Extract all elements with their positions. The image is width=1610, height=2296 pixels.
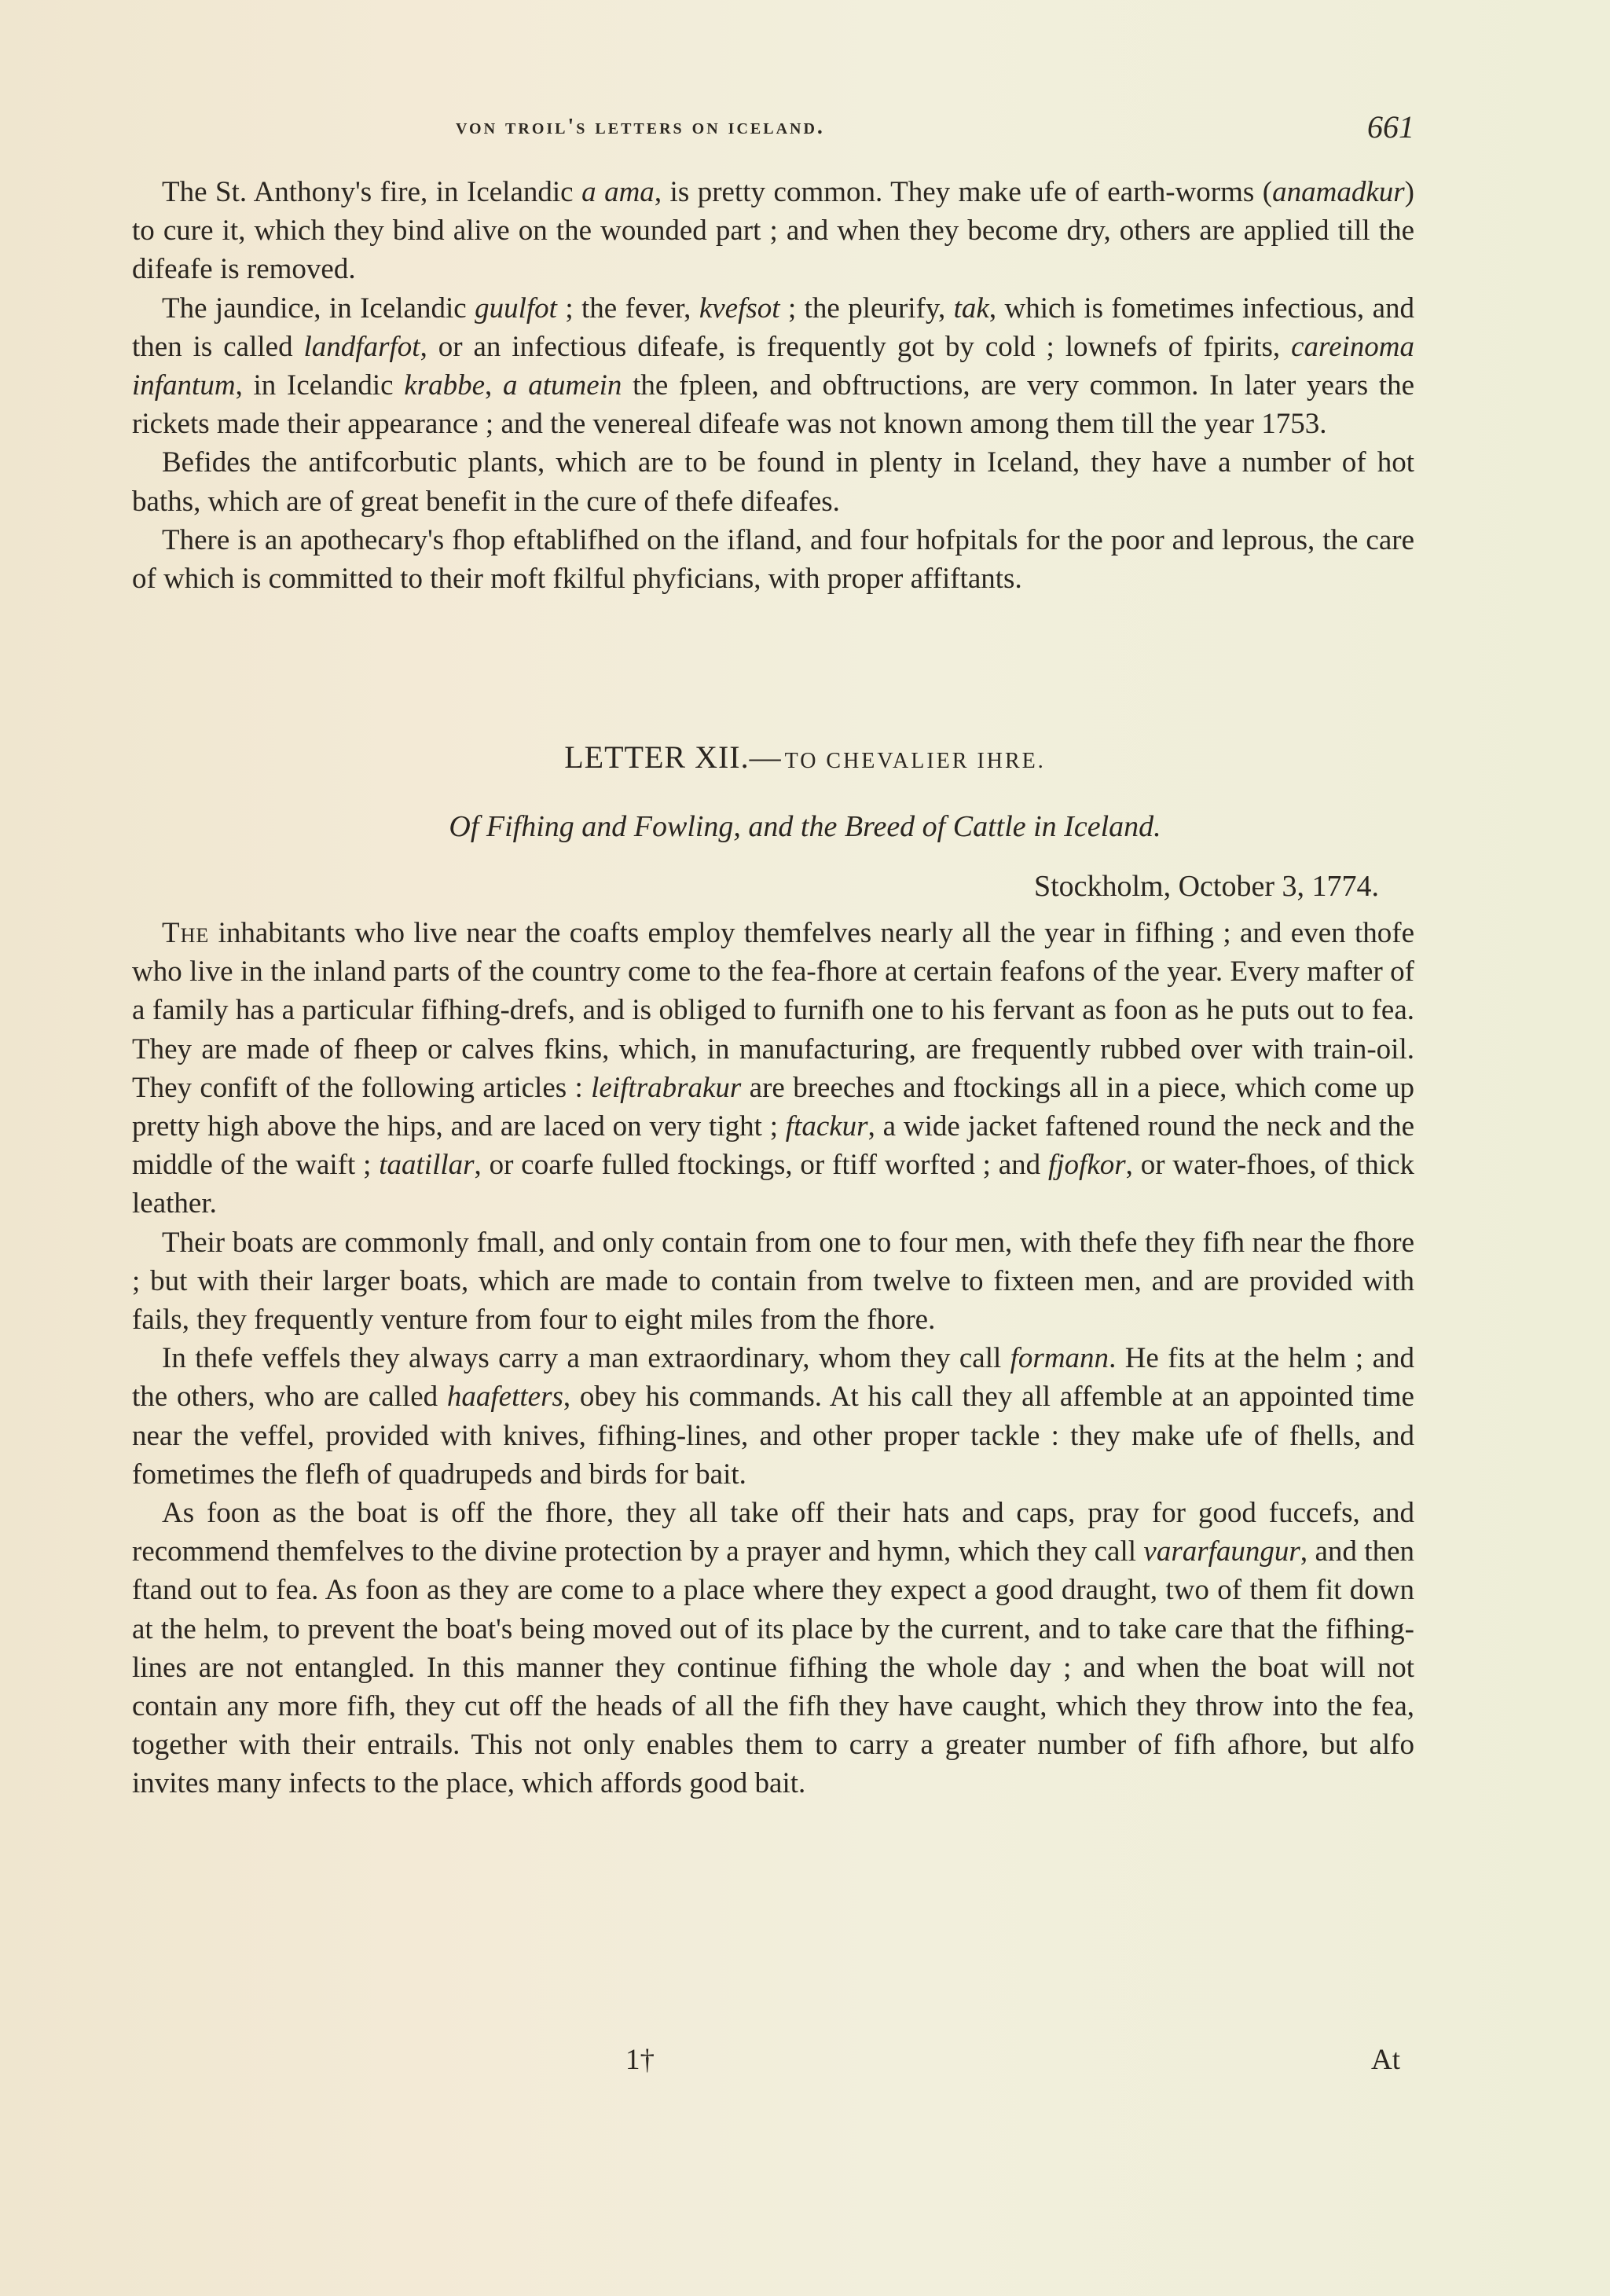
icelandic-term: taatillar: [379, 1149, 474, 1181]
icelandic-term: formann: [1010, 1342, 1109, 1374]
icelandic-term: tak: [954, 292, 989, 325]
icelandic-term: a atumein: [503, 369, 622, 402]
text-run: ; the pleurify,: [780, 292, 954, 325]
text-run: , in Icelandic: [236, 369, 405, 402]
text-run: Their boats are commonly fmall, and only…: [132, 1227, 1414, 1336]
running-head: VON TROIL'S LETTERS ON ICELAND. 661: [134, 108, 1414, 156]
paragraph: Befides the antifcorbutic plants, which …: [132, 443, 1414, 520]
icelandic-term: leiftrabrakur: [591, 1072, 741, 1104]
opening-word: The: [162, 917, 209, 949]
paragraph-opening: The inhabitants who live near the coafts…: [132, 914, 1414, 1223]
dateline: Stockholm, October 3, 1774.: [1034, 869, 1379, 904]
page-footer: 1† At: [132, 2043, 1414, 2082]
text-run: ; the fever,: [557, 292, 699, 325]
running-title: VON TROIL'S LETTERS ON ICELAND.: [456, 115, 825, 140]
paragraph: The jaundice, in Icelandic guulfot ; the…: [132, 289, 1414, 444]
paragraph: The St. Anthony's fire, in Icelandic a a…: [132, 173, 1414, 289]
letter-number: LETTER XII.—: [564, 739, 781, 775]
text-run: , is pretty common. They make ufe of ear…: [655, 176, 1272, 208]
icelandic-term: haafetters: [447, 1381, 563, 1413]
icelandic-term: kvefsot: [699, 292, 780, 325]
paragraph: Their boats are commonly fmall, and only…: [132, 1223, 1414, 1340]
paragraph: In thefe veffels they always carry a man…: [132, 1339, 1414, 1494]
letter-subtitle: Of Fifhing and Fowling, and the Breed of…: [0, 809, 1610, 844]
text-run: The St. Anthony's fire, in Icelandic: [162, 176, 581, 208]
signature-mark: 1†: [625, 2043, 655, 2077]
page-number: 661: [1367, 108, 1414, 145]
icelandic-term: ftackur: [786, 1110, 868, 1142]
text-block-fishing: The inhabitants who live near the coafts…: [132, 914, 1414, 1803]
letter-recipient: TO CHEVALIER IHRE.: [785, 749, 1046, 773]
text-run: , and then ftand out to fea. As foon as …: [132, 1535, 1414, 1799]
text-run: ,: [485, 369, 503, 402]
text-run: , or coarfe fulled ftockings, or ftiff w…: [475, 1149, 1048, 1181]
paragraph: There is an apothecary's fhop eftablifhe…: [132, 521, 1414, 598]
paragraph: As foon as the boat is off the fhore, th…: [132, 1494, 1414, 1803]
text-run: There is an apothecary's fhop eftablifhe…: [132, 524, 1414, 595]
text-run: In thefe veffels they always carry a man…: [162, 1342, 1010, 1374]
icelandic-term: a ama: [581, 176, 655, 208]
icelandic-term: anamadkur: [1272, 176, 1405, 208]
text-run: The jaundice, in Icelandic: [162, 292, 475, 325]
text-run: , or an infectious difeafe, is frequentl…: [420, 331, 1292, 363]
letter-heading: LETTER XII.—TO CHEVALIER IHRE.: [0, 739, 1610, 776]
icelandic-term: landfarfot: [304, 331, 420, 363]
icelandic-term: fjofkor: [1048, 1149, 1126, 1181]
book-page: VON TROIL'S LETTERS ON ICELAND. 661 The …: [0, 0, 1610, 2296]
catchword: At: [1371, 2043, 1400, 2077]
icelandic-term: guulfot: [475, 292, 557, 325]
icelandic-term: vararfaungur: [1143, 1535, 1300, 1568]
icelandic-term: krabbe: [404, 369, 485, 402]
text-run: Befides the antifcorbutic plants, which …: [132, 446, 1414, 517]
text-block-medical: The St. Anthony's fire, in Icelandic a a…: [132, 173, 1414, 598]
